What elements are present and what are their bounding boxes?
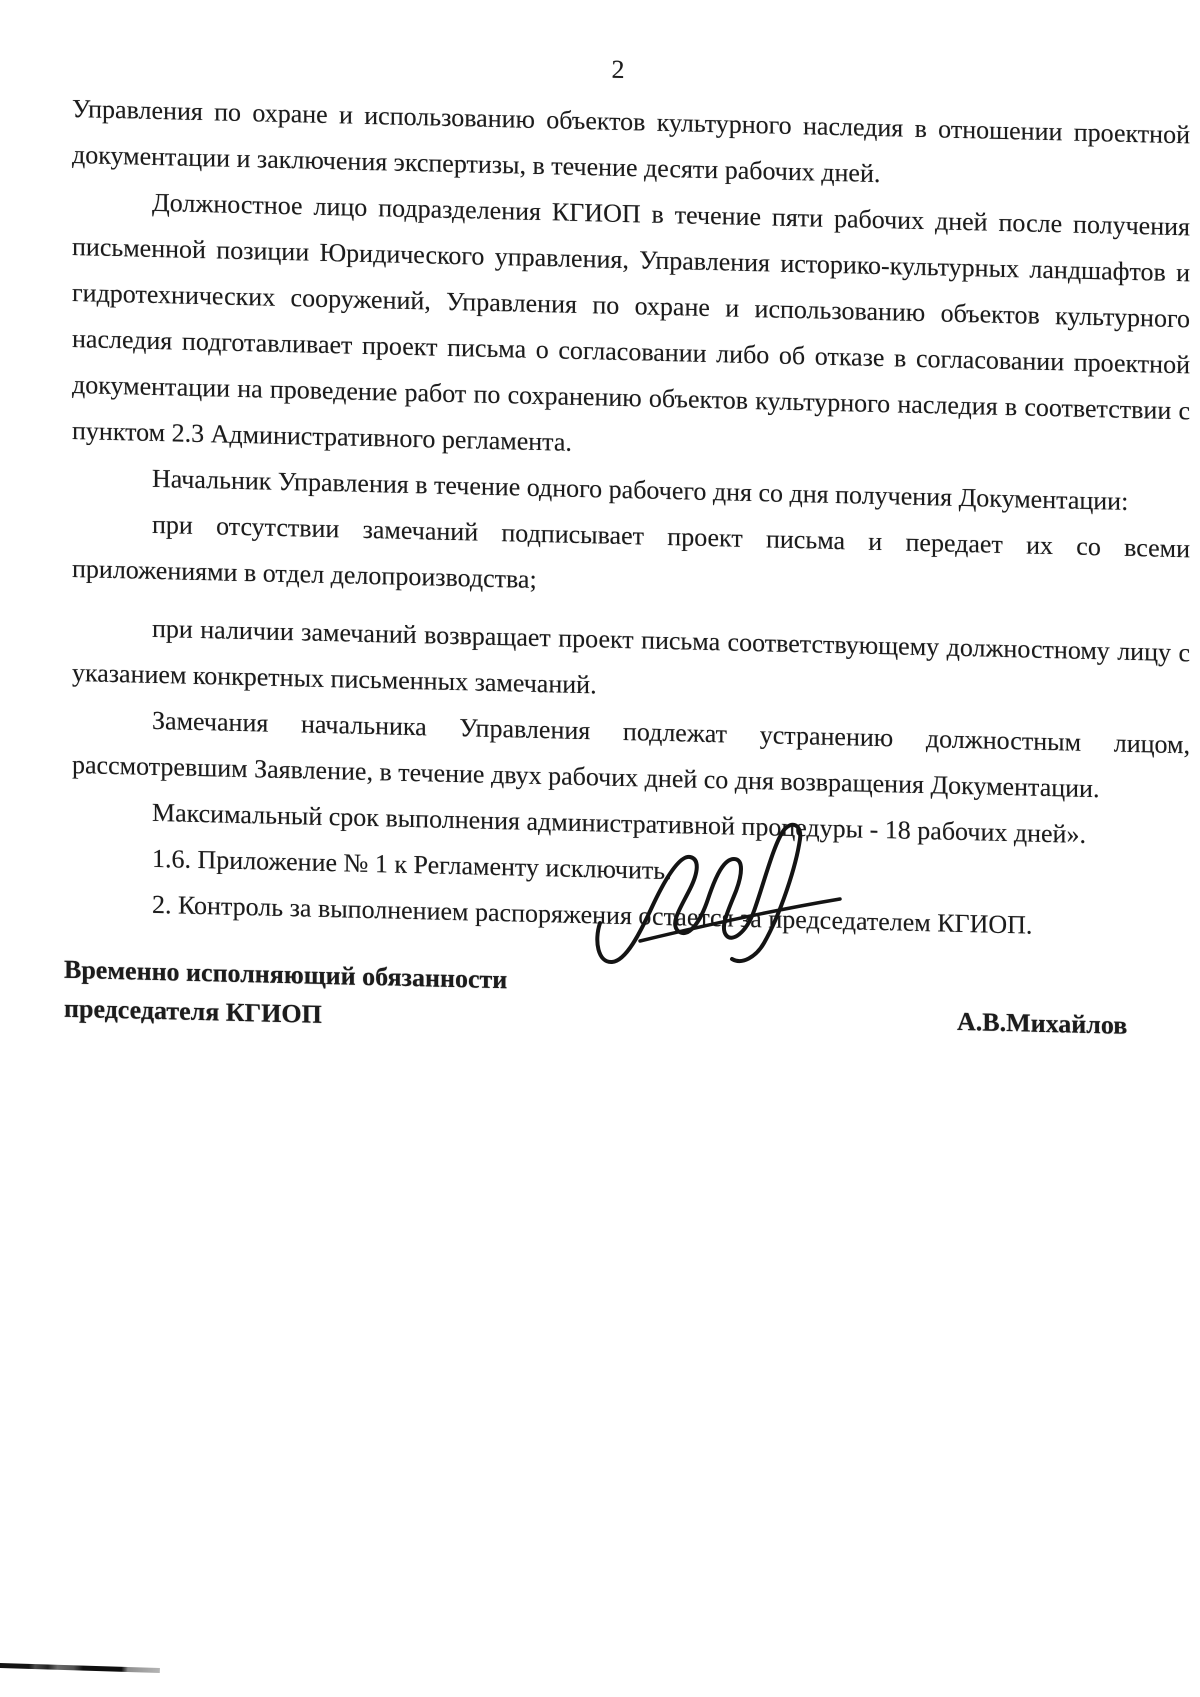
handwritten-signature-icon	[588, 815, 848, 980]
signatory-title: Временно исполняющий обязанности председ…	[64, 950, 507, 1038]
scanned-document-page: 2 Управления по охране и использованию о…	[0, 0, 1200, 1697]
body-paragraph: Должностное лицо подразделения КГИОП в т…	[72, 178, 1190, 480]
scan-artifact-line	[0, 1663, 160, 1673]
signatory-name: А.В.Михайлов	[957, 999, 1127, 1049]
